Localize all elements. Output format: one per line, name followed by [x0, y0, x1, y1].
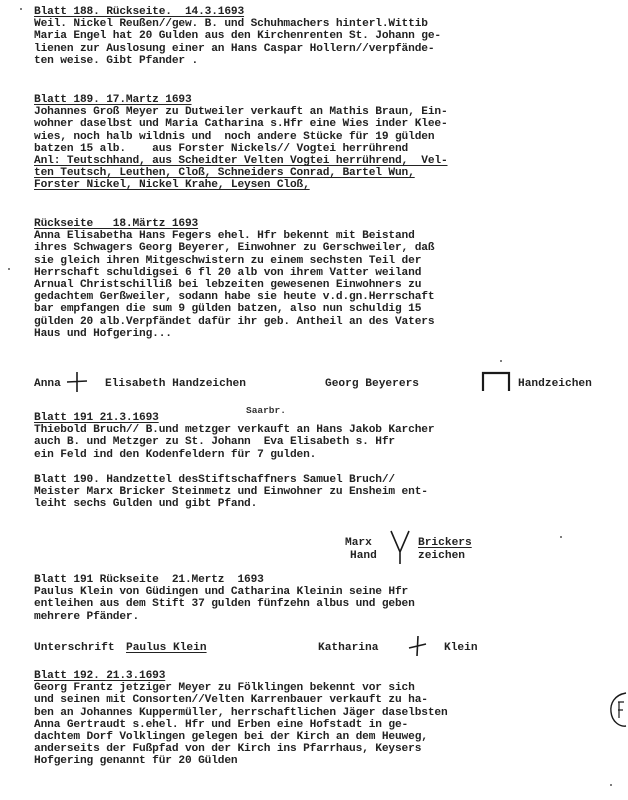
scan-speck [20, 8, 22, 10]
entry-heading: Blatt 190. Handzettel desStiftschaffners… [34, 474, 624, 486]
signature-unterschrift-label: Unterschrift [34, 642, 115, 654]
entry-line: Anl: Teutschhand, aus Scheidter Velten V… [34, 155, 624, 167]
entry-line: ten weise. Gibt Pfander . [34, 55, 624, 67]
entry-line: leiht sechs Gulden und gibt Pfand. [34, 498, 624, 510]
margin-stamp-icon [606, 690, 628, 730]
entry-line: Georg Frantz jetziger Meyer zu Fölklinge… [34, 682, 624, 694]
entry-line: Anna Elisabetha Hans Fegers ehel. Hfr be… [34, 230, 624, 242]
entry-line: wohner daselbst und Maria Catharina s.Hf… [34, 118, 624, 130]
entry-line: gülden 20 alb.Verpfändet dafür ihr geb. … [34, 316, 624, 328]
entry-rueckseite-18-maertz: Rückseite 18.Märtz 1693 Anna Elisabetha … [34, 218, 624, 340]
entry-heading: Blatt 192. 21.3.1693 [34, 670, 624, 682]
entry-heading: Rückseite 18.Märtz 1693 [34, 218, 624, 230]
entry-line: lienen zur Auslosung einer an Hans Caspa… [34, 43, 624, 55]
heading-text: Blatt 191 21.3.1693 [34, 412, 159, 424]
house-mark-icon [480, 370, 514, 392]
scan-speck [560, 536, 562, 538]
entry-line: Herrschaft schuldigsei 6 fl 20 alb von i… [34, 267, 624, 279]
entry-line: anderseits der Fußpfad von der Kirch ins… [34, 743, 624, 755]
superscript-saarbr: Saarbr. [246, 405, 286, 416]
entry-heading: Blatt 189. 17.Martz 1693 [34, 94, 624, 106]
signature-zeichen: zeichen [418, 550, 465, 562]
entry-line: Meister Marx Bricker Steinmetz und Einwo… [34, 486, 624, 498]
entry-line: Thiebold Bruch// B.und metzger verkauft … [34, 424, 624, 436]
entry-line: Arnual Christschilliß bei lebzeiten gewe… [34, 279, 624, 291]
entry-line: Maria Engel hat 20 Gulden aus den Kirche… [34, 30, 624, 42]
entry-line: ihres Schwagers Georg Beyerer, Einwohner… [34, 242, 624, 254]
mason-mark-icon [388, 528, 412, 566]
entry-line: Paulus Klein von Güdingen und Catharina … [34, 586, 624, 598]
entry-line: und seinen mit Consorten//Velten Karrenb… [34, 694, 624, 706]
entry-line: dachtem Dorf Volklingen gelegen bei der … [34, 731, 624, 743]
entry-line: Johannes Groß Meyer zu Dutweiler verkauf… [34, 106, 624, 118]
entry-line: ten Teutsch, Leuthen, Cloß, Schneiders C… [34, 167, 624, 179]
signature-handzeichen: Handzeichen [518, 378, 592, 390]
entry-line: Anna Gertraudt s.ehel. Hfr und Erben ein… [34, 719, 624, 731]
entry-line: Hofgering genannt für 20 Gülden [34, 755, 624, 767]
entry-blatt-191-rueckseite: Blatt 191 Rückseite 21.Mertz 1693 Paulus… [34, 574, 624, 623]
signature-klein: Klein [444, 642, 478, 654]
entry-line: gedachtem Gerßweiler, sodann habe sie he… [34, 291, 624, 303]
heading-text: Blatt 189. 17.Martz 1693 [34, 94, 192, 106]
entry-heading: Blatt 188. Rückseite. 14.3.1693 [34, 6, 624, 18]
scan-speck [610, 784, 612, 786]
entry-line: batzen 15 alb. aus Forster Nickels// Vog… [34, 143, 624, 155]
entry-line: Weil. Nickel Reußen//gew. B. und Schuhma… [34, 18, 624, 30]
entry-blatt-191: Saarbr. Blatt 191 21.3.1693 Thiebold Bru… [34, 412, 624, 461]
scan-speck [500, 360, 502, 362]
signature-marx: Marx [345, 537, 372, 549]
entry-line: sie gleich ihren Mitgeschwistern zu eine… [34, 255, 624, 267]
entry-heading: Blatt 191 Rückseite 21.Mertz 1693 [34, 574, 624, 586]
entry-line: mehrere Pfänder. [34, 611, 624, 623]
signature-anna: Anna [34, 378, 61, 390]
heading-text: Blatt 188. Rückseite. 14.3.1693 [34, 6, 244, 18]
entry-line: Haus und Hofgering... [34, 328, 624, 340]
entry-blatt-188: Blatt 188. Rückseite. 14.3.1693 Weil. Ni… [34, 6, 624, 67]
entry-blatt-189: Blatt 189. 17.Martz 1693 Johannes Groß M… [34, 94, 624, 192]
cross-mark-icon [406, 634, 428, 658]
signature-georg-beyerers: Georg Beyerers [325, 378, 419, 390]
entry-line: ein Feld ind den Kodenfeldern für 7 guld… [34, 449, 624, 461]
entry-heading: Blatt 191 21.3.1693 [34, 412, 624, 424]
entry-line: Forster Nickel, Nickel Krahe, Leysen Clo… [34, 179, 624, 191]
entry-line: entleihen aus dem Stift 37 gulden fünfze… [34, 598, 624, 610]
signature-katharina: Katharina [318, 642, 378, 654]
signature-paulus-klein: Paulus Klein [126, 642, 207, 654]
entry-blatt-190: Blatt 190. Handzettel desStiftschaffners… [34, 474, 624, 511]
document-page: Blatt 188. Rückseite. 14.3.1693 Weil. Ni… [0, 0, 628, 800]
heading-text: Blatt 192. 21.3.1693 [34, 670, 165, 682]
entry-line: ben an Johannes Kuppermüller, herrschaft… [34, 707, 624, 719]
signature-elisabeth-handzeichen: Elisabeth Handzeichen [105, 378, 246, 390]
scan-speck [8, 268, 10, 270]
signature-brickers: Brickers [418, 537, 472, 549]
heading-text: Rückseite 18.Märtz 1693 [34, 218, 198, 230]
entry-line: bar empfangen die sum 9 gülden batzen, a… [34, 303, 624, 315]
entry-line: auch B. und Metzger zu St. Johann Eva El… [34, 436, 624, 448]
entry-line: wies, noch halb wildnis und noch andere … [34, 131, 624, 143]
signature-hand: Hand [350, 550, 377, 562]
cross-mark-icon [64, 370, 90, 394]
entry-blatt-192: Blatt 192. 21.3.1693 Georg Frantz jetzig… [34, 670, 624, 768]
